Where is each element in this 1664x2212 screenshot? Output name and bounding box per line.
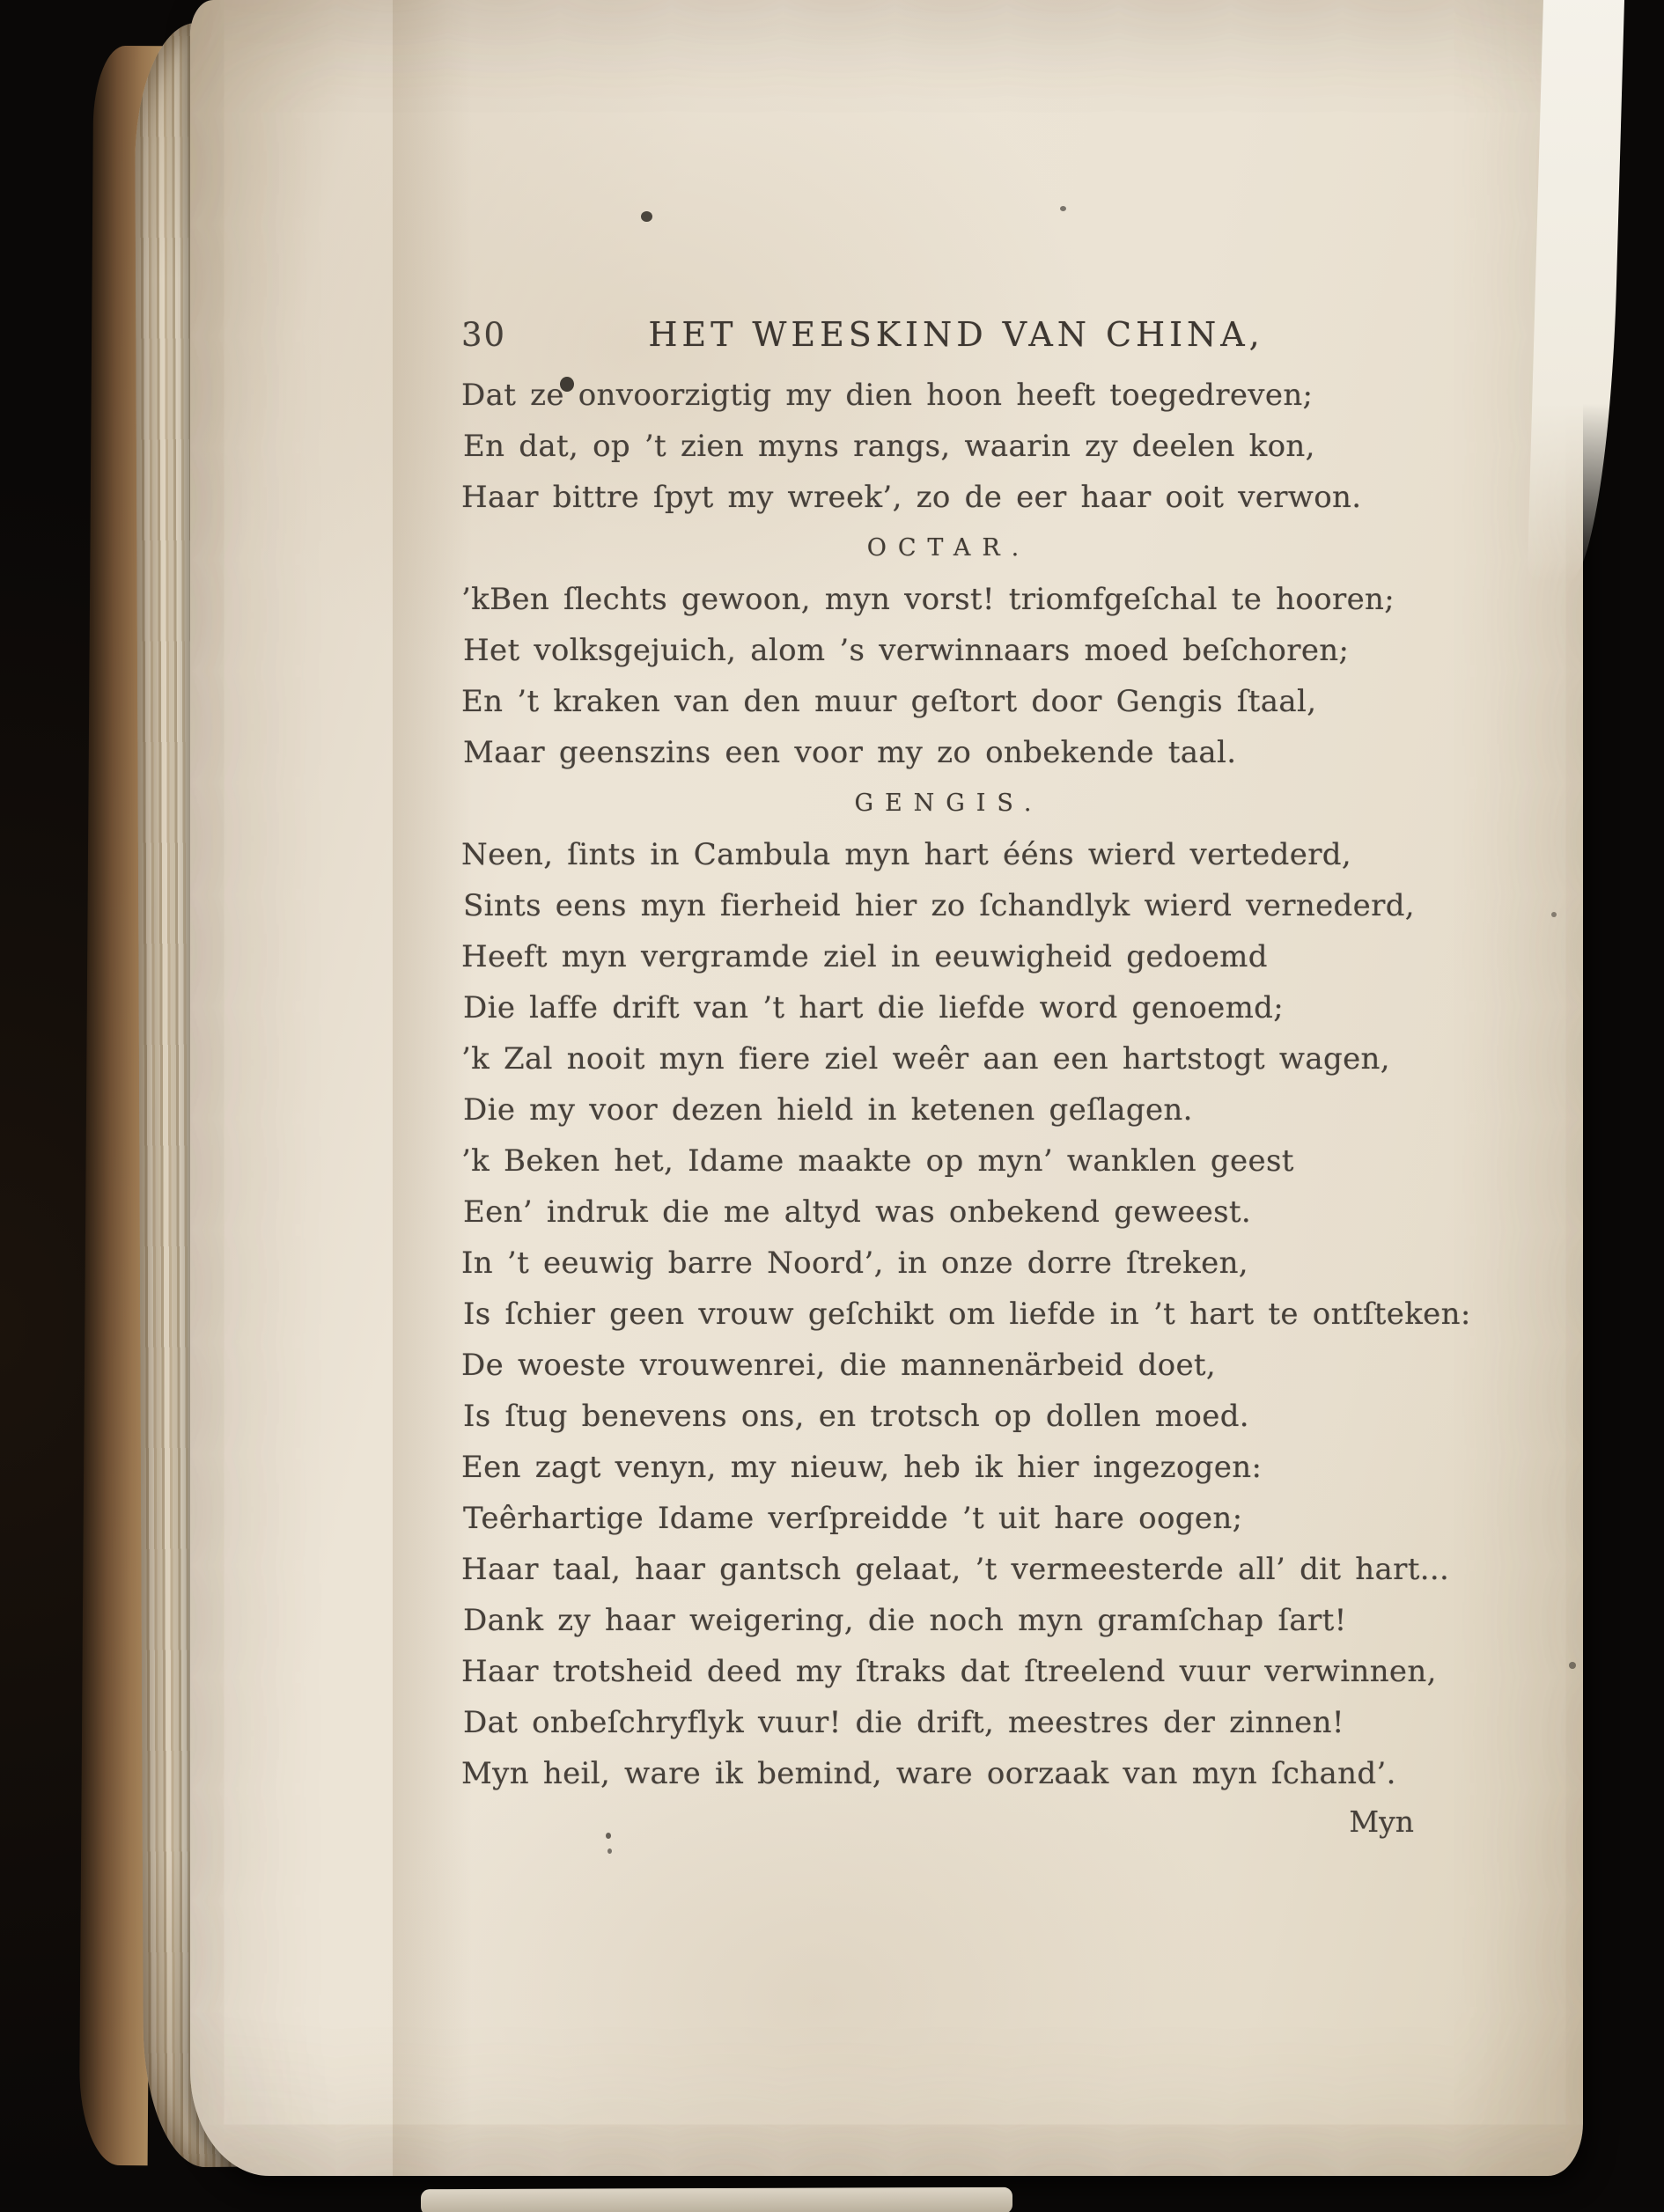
verse-line: Een’ indruk die me altyd was onbekend ge… <box>463 1187 1426 1238</box>
ink-speck <box>607 1848 612 1854</box>
verse-line: Dank zy haar weigering, die noch myn gra… <box>463 1595 1426 1646</box>
ink-speck <box>560 377 574 392</box>
verse-line: En ’t kraken van den muur geſtort door G… <box>461 676 1425 727</box>
ink-speck <box>606 1833 611 1839</box>
catchword: Myn <box>1349 1804 1414 1839</box>
verse-line: En dat, op ’t zien myns rangs, waarin zy… <box>463 421 1426 472</box>
verse-line: Het volksgejuich, alom ’s verwinnaars mo… <box>463 625 1426 676</box>
speaker-heading-octar: OCTAR. <box>461 529 1425 568</box>
page-header: 30 HET WEESKIND VAN CHINA, <box>461 315 1425 357</box>
verse-line: Sints eens myn fierheid hier zo ſchandly… <box>463 880 1426 931</box>
verse-line: Haar trotsheid deed my ſtraks dat ſtreel… <box>461 1646 1425 1697</box>
verse-block-1: Dat ze onvoorzigtig my dien hoon heeft t… <box>461 370 1425 523</box>
verse-line: Dat onbeſchryflyk vuur! die drift, meest… <box>463 1697 1426 1748</box>
page-number: 30 <box>461 316 558 354</box>
verse-line: De woeste vrouwenrei, die mannenärbeid d… <box>461 1340 1425 1391</box>
verse-line: Neen, ſints in Cambula myn hart ééns wie… <box>461 829 1425 880</box>
verse-line: Haar taal, haar gantsch gelaat, ’t verme… <box>461 1544 1425 1595</box>
verse-line: Is ſtug benevens ons, en trotsch op doll… <box>463 1391 1426 1442</box>
ink-speck <box>1060 206 1066 211</box>
verse-line: Heeft myn vergramde ziel in eeuwigheid g… <box>461 931 1425 982</box>
verse-line: Haar bittre ſpyt my wreek’, zo de eer ha… <box>461 472 1425 523</box>
verse-line: In ’t eeuwig barre Noord’, in onze dorre… <box>461 1238 1425 1289</box>
verse-line: Die laffe drift van ’t hart die liefde w… <box>463 982 1426 1033</box>
verse-line: Een zagt venyn, my nieuw, heb ik hier in… <box>461 1442 1425 1493</box>
ink-speck <box>641 211 652 222</box>
verse-block-3: Neen, ſints in Cambula myn hart ééns wie… <box>461 829 1425 1799</box>
verse-line: ’kBen ſlechts gewoon, myn vorst! triomfg… <box>461 574 1425 625</box>
verse-line: Die my voor dezen hield in ketenen geſla… <box>463 1084 1426 1135</box>
running-title: HET WEESKIND VAN CHINA, <box>558 315 1354 354</box>
verse-line: Myn heil, ware ik bemind, ware oorzaak v… <box>461 1748 1425 1799</box>
text-column: 30 HET WEESKIND VAN CHINA, Dat ze onvoor… <box>461 315 1425 1845</box>
page-gutter-crease <box>393 0 472 2176</box>
verse-line: ’k Zal nooit myn fiere ziel weêr aan een… <box>461 1033 1425 1084</box>
next-page-edge <box>421 2187 1012 2212</box>
verse-line: ’k Beken het, Idame maakte op myn’ wankl… <box>461 1135 1425 1187</box>
book-page: 30 HET WEESKIND VAN CHINA, Dat ze onvoor… <box>190 0 1583 2176</box>
verse-line: Maar geenszins een voor my zo onbekende … <box>463 727 1426 778</box>
verse-block-2: ’kBen ſlechts gewoon, myn vorst! triomfg… <box>461 574 1425 778</box>
verse-line: Teêrhartige Idame verſpreidde ’t uit har… <box>463 1493 1426 1544</box>
facing-page-edge <box>1528 0 1625 584</box>
verse-line: Is ſchier geen vrouw geſchikt om liefde … <box>463 1289 1426 1340</box>
speaker-heading-gengis: GENGIS. <box>461 784 1425 823</box>
verse-line: Dat ze onvoorzigtig my dien hoon heeft t… <box>461 370 1425 421</box>
photo-background: 30 HET WEESKIND VAN CHINA, Dat ze onvoor… <box>0 0 1664 2212</box>
ink-speck <box>1551 912 1557 917</box>
ink-speck <box>1569 1662 1576 1669</box>
